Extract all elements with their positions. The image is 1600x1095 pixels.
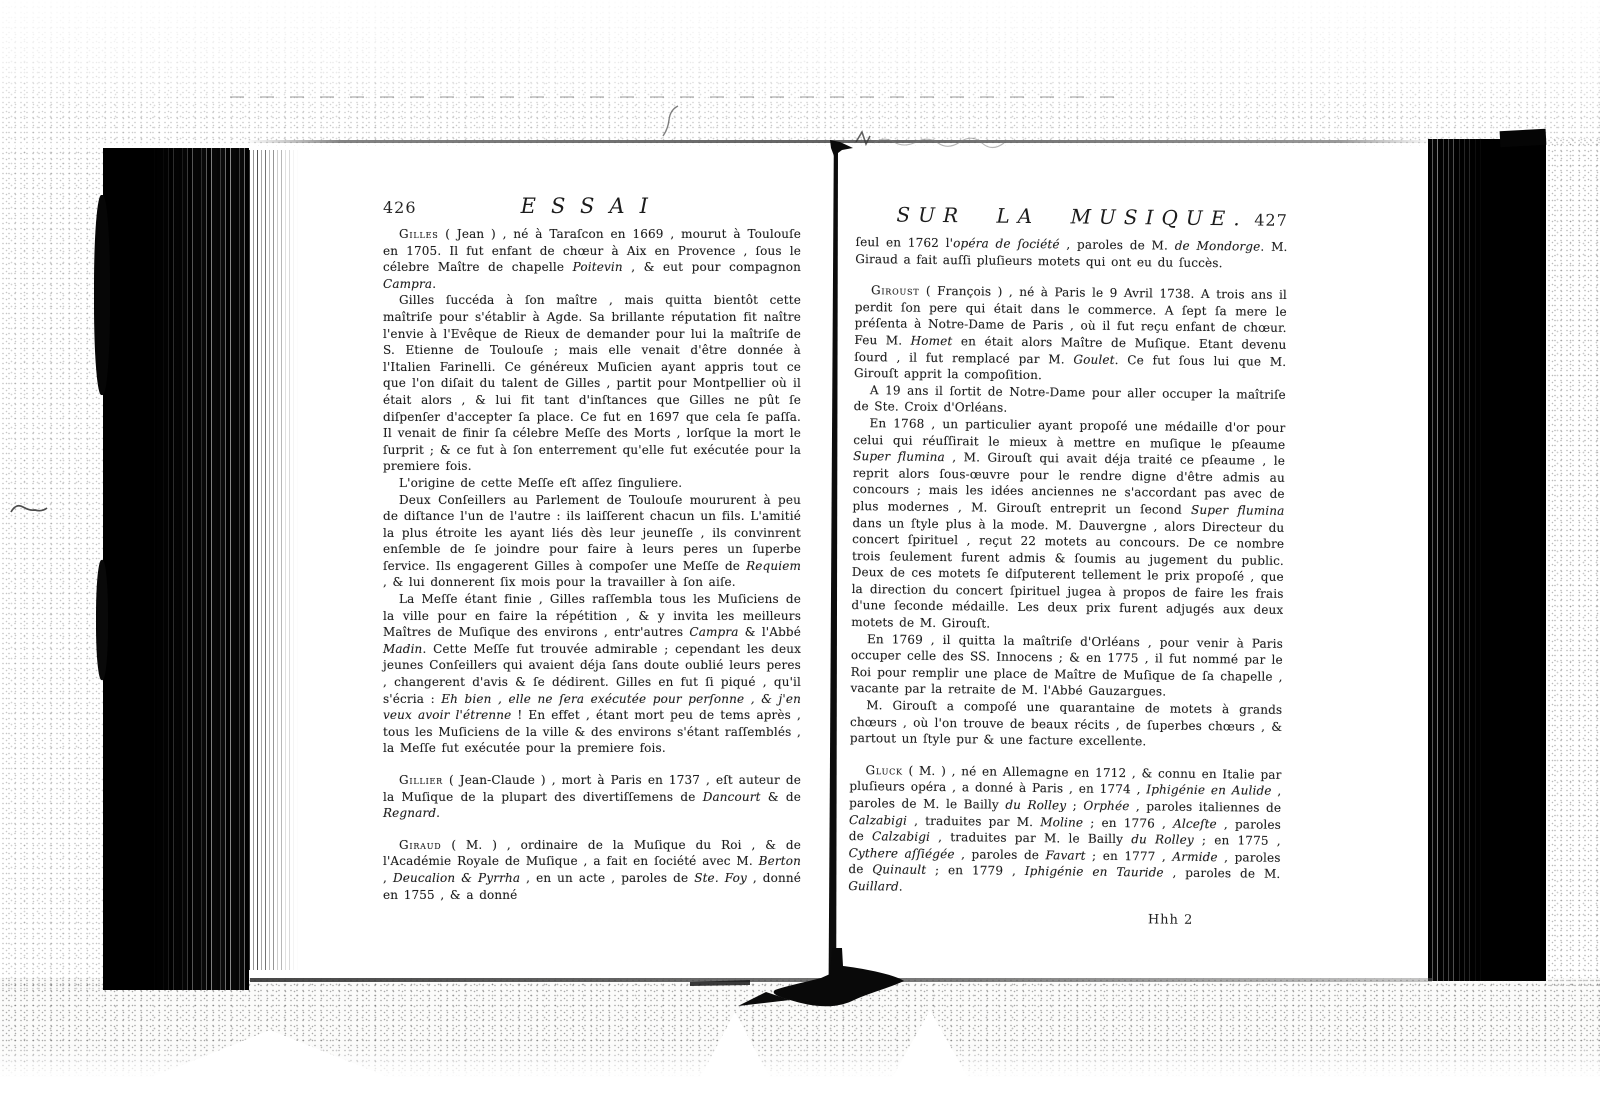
entry-paragraph: La Meſſe étant finie , Gilles raſſembla …	[383, 591, 801, 757]
entry-paragraph: Gillier ( Jean-Claude ) , mort à Paris e…	[383, 772, 801, 822]
entry-paragraph: En 1768 , un particulier ayant propoſé u…	[851, 415, 1285, 636]
entry-paragraph: Gilles ſuccéda à ſon maître , mais quitt…	[383, 292, 801, 475]
right-page-text: ſeul en 1762 l'opéra de ſociété , parole…	[848, 234, 1287, 899]
right-page-header: SUR LA MUSIQUE. 427	[856, 202, 1288, 231]
left-running-title: ESSAI	[417, 194, 767, 218]
entry-paragraph: Gilles ( Jean ) , né à Taraſcon en 1669 …	[383, 226, 801, 292]
left-page-fore-edges-fade	[249, 150, 307, 970]
entry-paragraph: Deux Conſeillers au Parlement de Toulouſ…	[383, 492, 801, 592]
entry-paragraph: A 19 ans il ſortit de Notre-Dame pour al…	[854, 382, 1286, 420]
book-spine-gutter	[828, 148, 838, 980]
shadow-highlight	[892, 1010, 968, 1078]
right-page-fore-edges	[1428, 139, 1546, 981]
entry-paragraph: En 1769 , il quitta la maîtriſe d'Orléan…	[850, 631, 1283, 702]
left-page-fore-edges	[103, 148, 249, 990]
scan-noise-top	[0, 0, 1600, 146]
entry-paragraph: Giraud ( M. ) , ordinaire de la Muſique …	[383, 837, 801, 903]
entry-paragraph: ſeul en 1762 l'opéra de ſociété , parole…	[855, 234, 1287, 272]
scan-noise-right-margin	[1546, 138, 1600, 986]
scanned-book-spread: 426 ESSAI Gilles ( Jean ) , né à Taraſco…	[0, 0, 1600, 1095]
margin-pencil-note	[8, 498, 52, 522]
ink-blob-spine-bottom	[690, 948, 950, 1020]
right-page: SUR LA MUSIQUE. 427 ſeul en 1762 l'opéra…	[848, 202, 1288, 928]
page-edge-bump	[94, 195, 110, 395]
entry-paragraph: Giroust ( François ) , né à Paris le 9 A…	[854, 282, 1287, 386]
right-page-edge-cap	[1500, 129, 1547, 147]
signature-mark: Hhh 2	[848, 909, 1280, 929]
shadow-highlight	[120, 1030, 420, 1090]
shadow-highlight	[700, 1012, 770, 1078]
left-page-text: Gilles ( Jean ) , né à Taraſcon en 1669 …	[383, 226, 801, 903]
scan-noise-left-margin	[0, 146, 104, 990]
ink-mark-spine-top	[820, 138, 854, 158]
right-running-title: SUR LA MUSIQUE.	[890, 202, 1255, 230]
entry-paragraph: L'origine de cette Meſſe eſt aſſez ſingu…	[383, 475, 801, 492]
entry-paragraph: M. Girouſt a compoſé une quarantaine de …	[850, 697, 1283, 752]
handwriting-squiggle	[852, 128, 1042, 152]
scan-streak-line	[230, 96, 1130, 98]
left-page-header: 426 ESSAI	[383, 194, 801, 218]
entry-paragraph: Gluck ( M. ) , né en Allemagne en 1712 ,…	[848, 762, 1281, 900]
stray-ink-flourish	[660, 104, 686, 138]
left-page-number: 426	[383, 198, 417, 217]
right-page-number: 427	[1254, 211, 1288, 230]
page-edge-bump	[96, 560, 108, 680]
left-page: 426 ESSAI Gilles ( Jean ) , né à Taraſco…	[383, 194, 801, 903]
